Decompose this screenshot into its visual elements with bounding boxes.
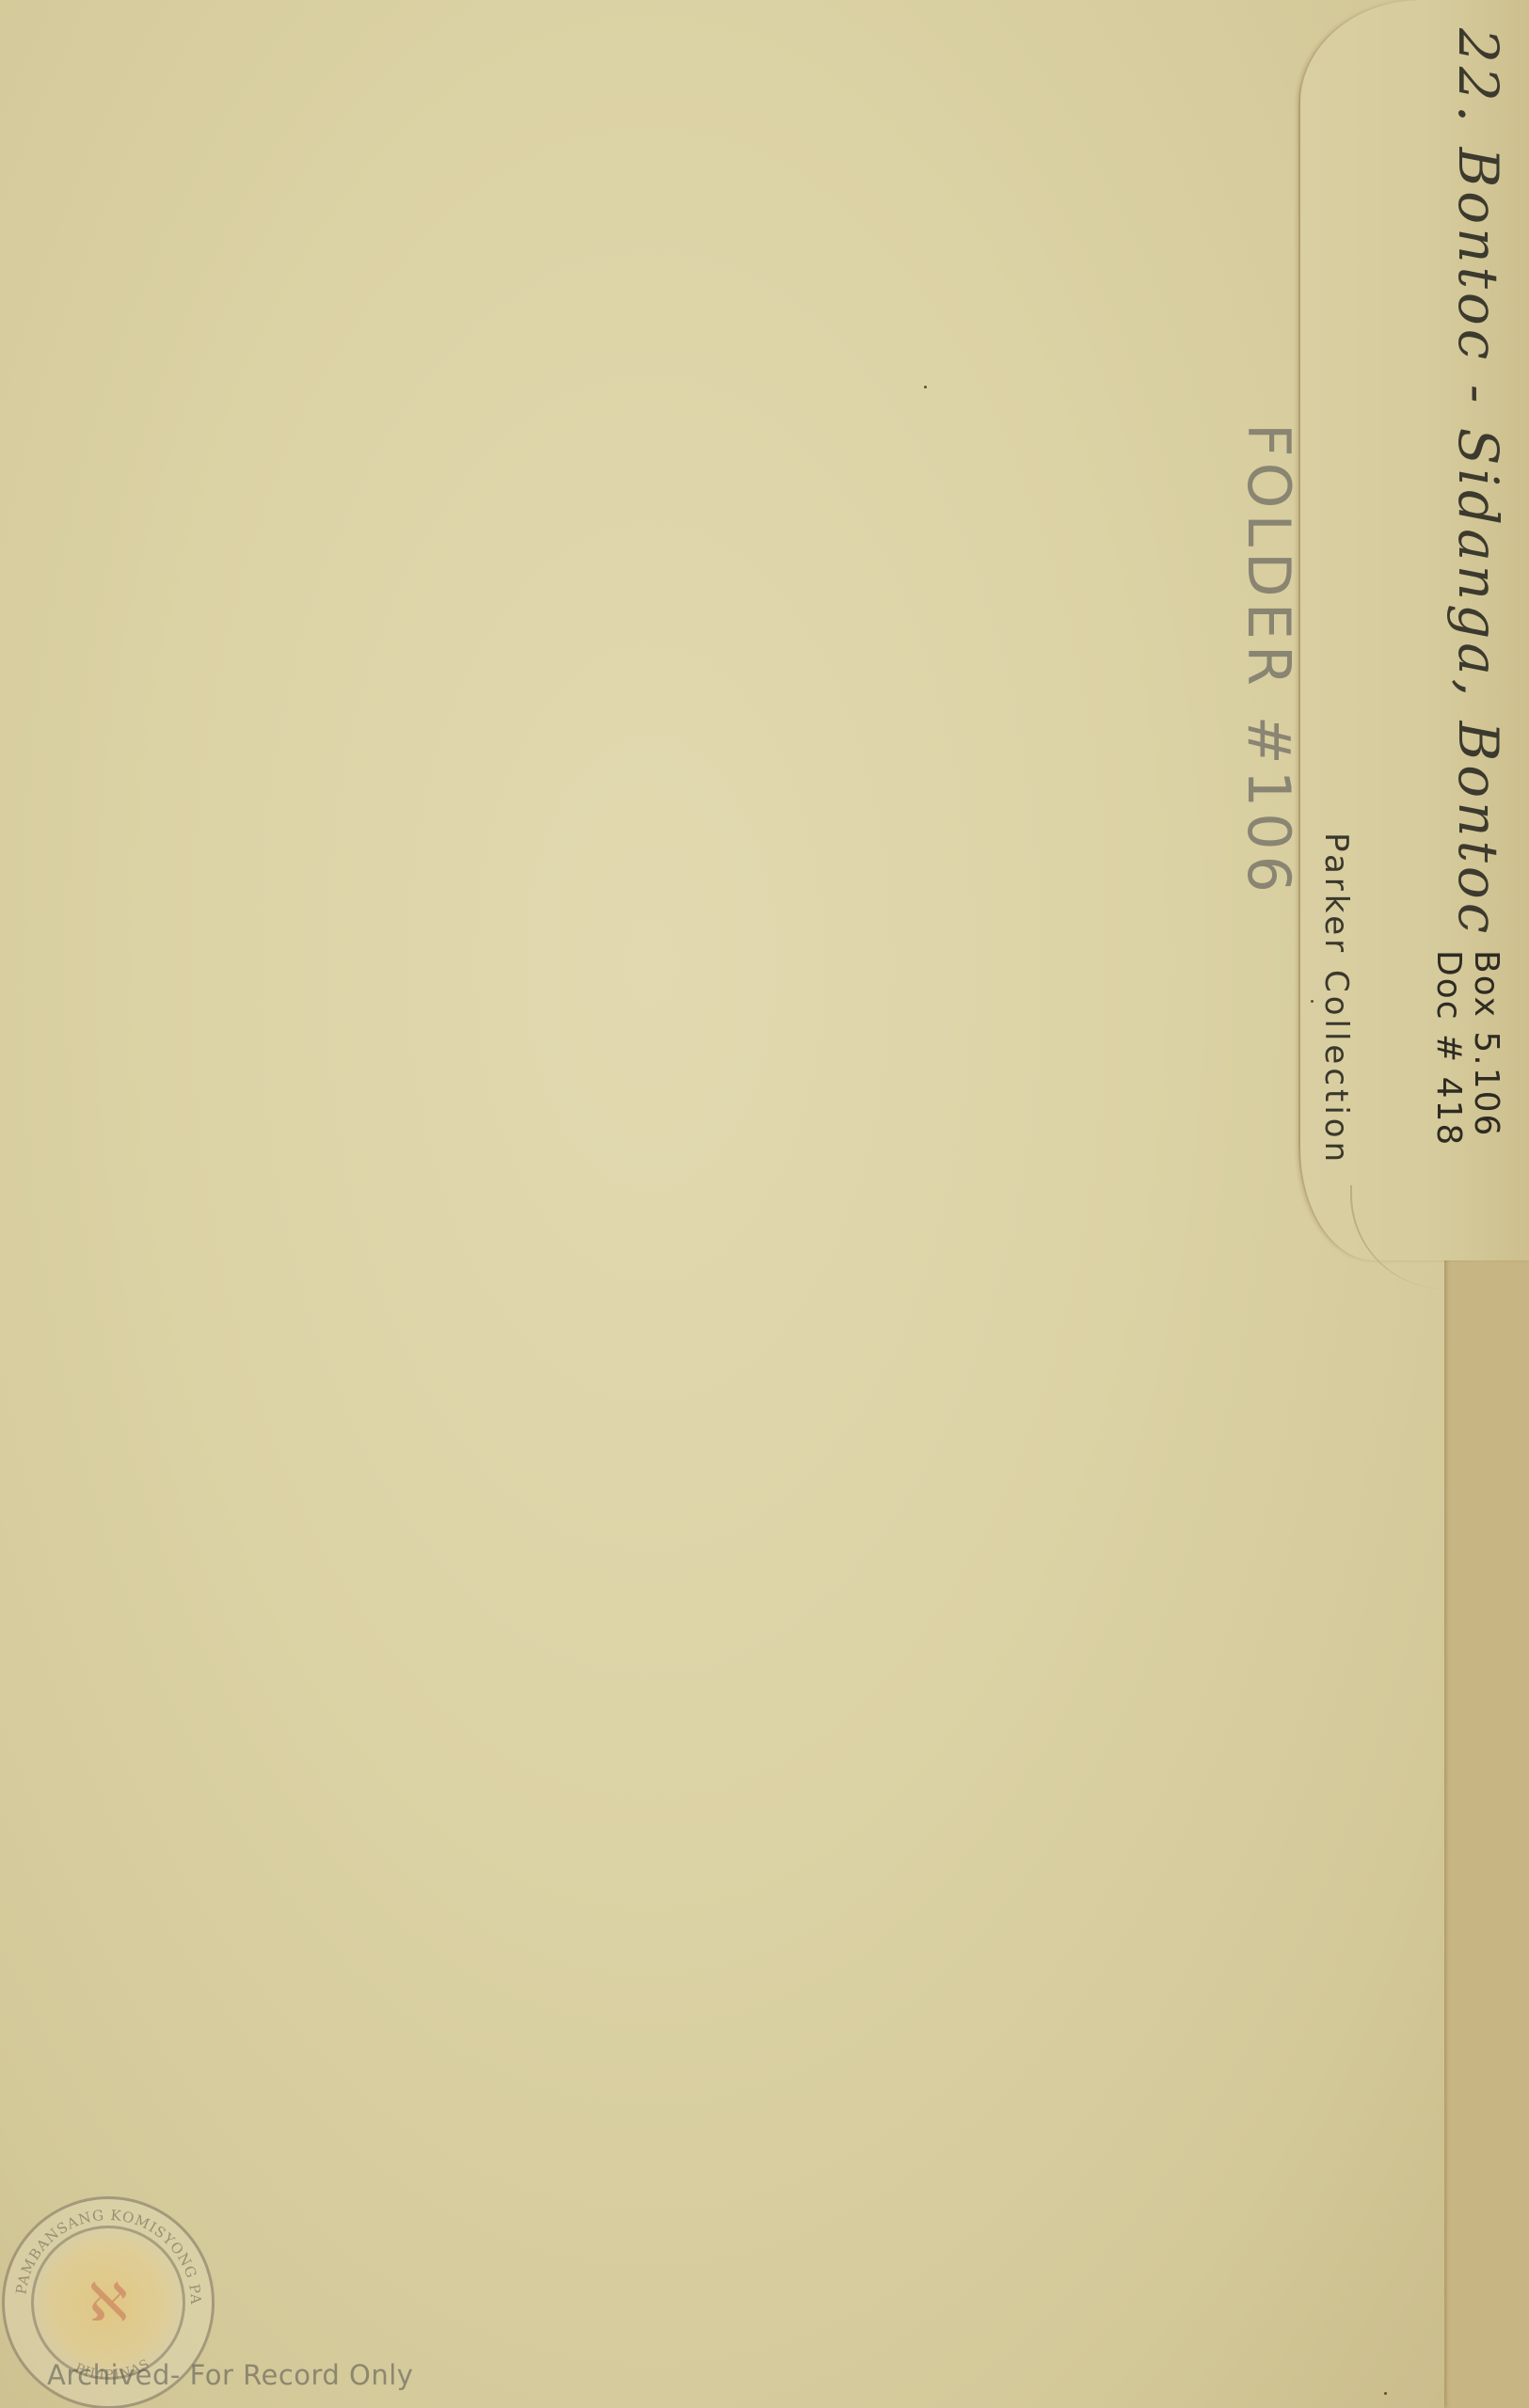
archive-watermark: Archived- For Record Only [47,2359,413,2391]
paper-speck [1384,2392,1387,2395]
tab-title: 22. Bontoc - Sidanga, Bontoc [1446,28,1510,937]
collection-label: Parker Collection [1317,832,1355,1165]
box-number: Box 5.106 [1467,950,1505,1137]
paper-speck [1311,1000,1314,1003]
paper-speck [924,386,927,388]
folder-label: FOLDER #106 [1234,423,1303,898]
folder-front-cover [0,0,1444,2408]
seal-emblem-icon: ℵ [34,2228,183,2377]
doc-number: Doc # 418 [1429,950,1468,1147]
stamp-inner-ring: ℵ [31,2226,185,2380]
